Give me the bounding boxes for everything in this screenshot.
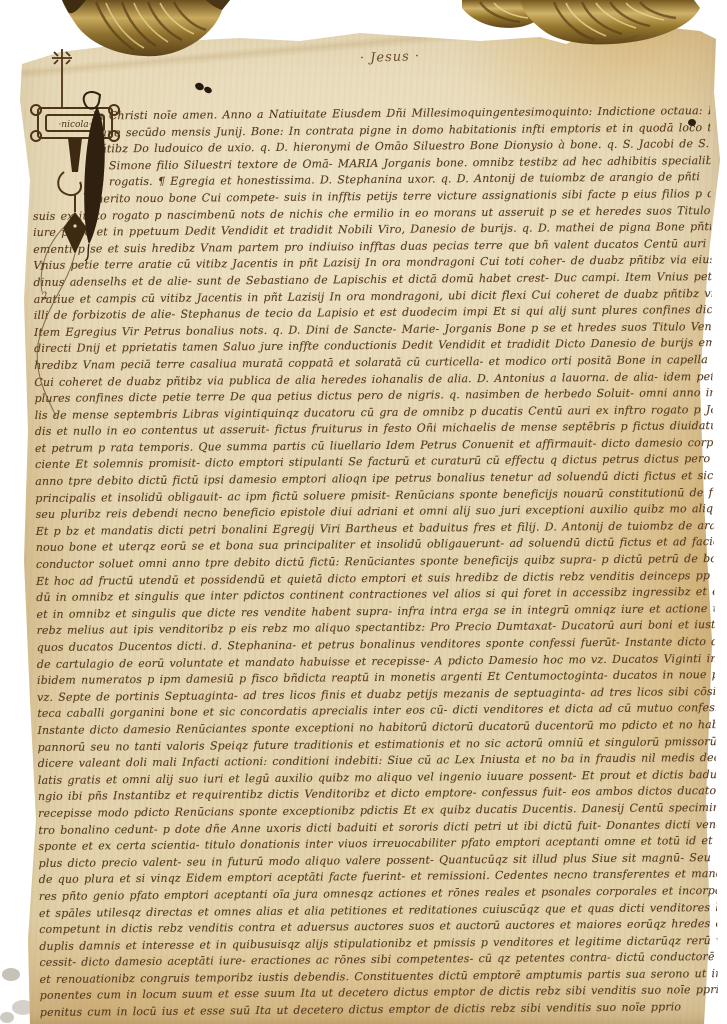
manuscript-photo: · Jesus · ·nicola· <box>0 0 727 1024</box>
brass-clasp-left-icon <box>56 0 238 64</box>
initial-flourish-icon <box>70 86 116 265</box>
margin-number-1: 1 <box>39 262 45 273</box>
background-speck <box>0 1012 14 1023</box>
background-speck <box>2 968 20 981</box>
ink-blot <box>688 119 696 126</box>
brass-clasp-right-icon <box>458 0 704 56</box>
